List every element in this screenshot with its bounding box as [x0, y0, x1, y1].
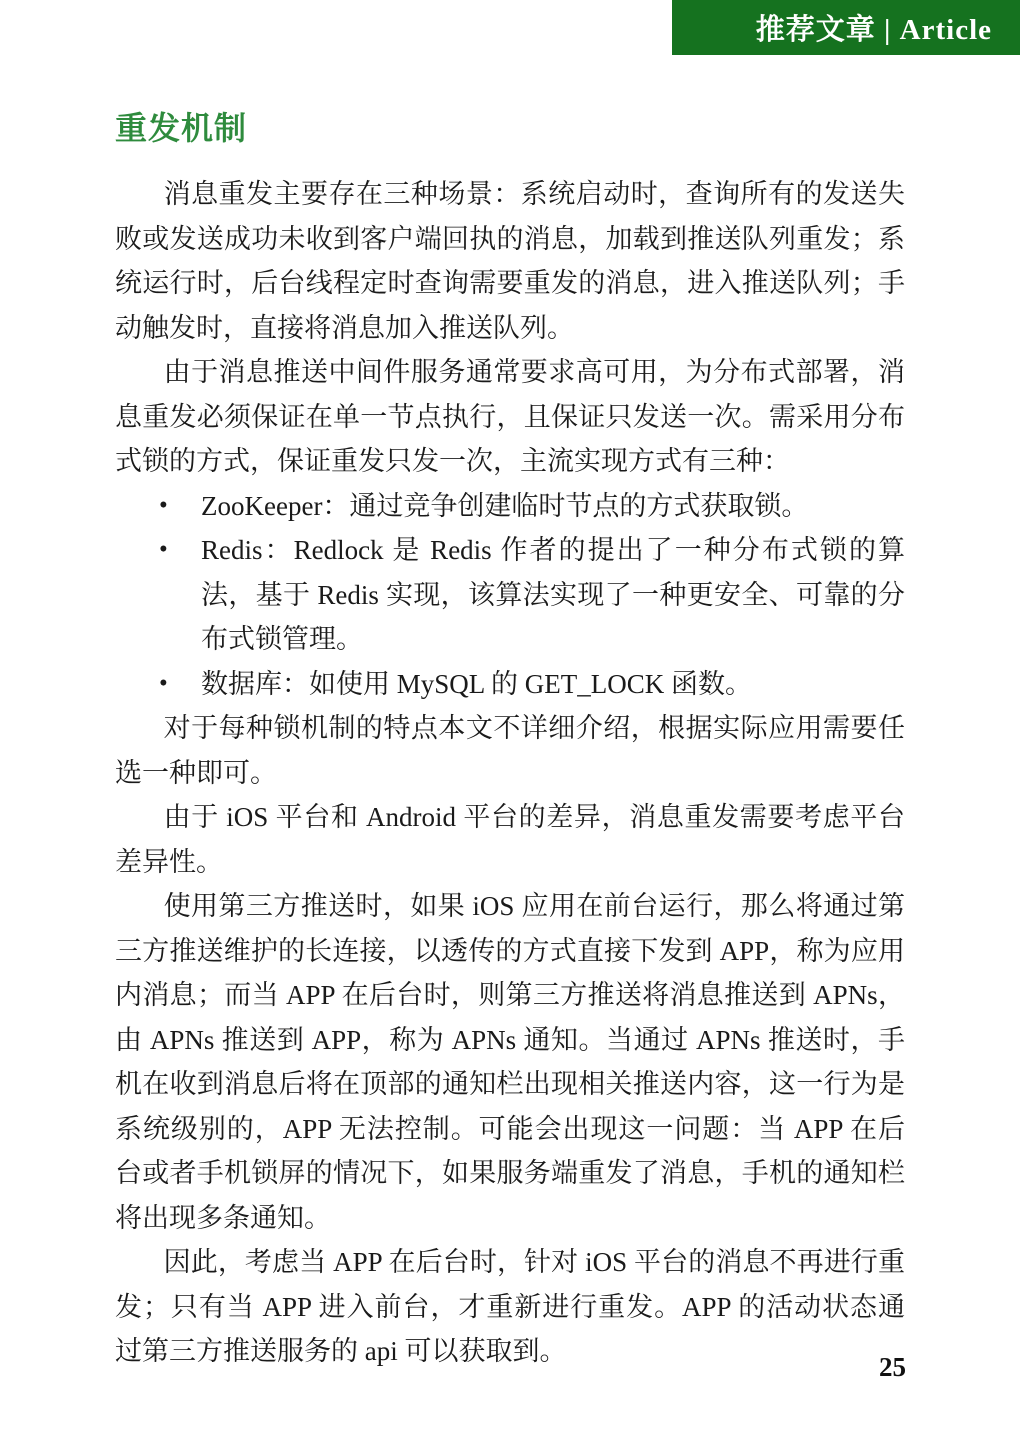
- header-badge-label: 推荐文章 | Article: [756, 7, 992, 48]
- paragraph: 因此，考虑当 APP 在后台时，针对 iOS 平台的消息不再进行重发；只有当 A…: [115, 1240, 905, 1374]
- list-item: Redis：Redlock 是 Redis 作者的提出了一种分布式锁的算法，基于…: [115, 528, 905, 662]
- article-heading: 重发机制: [115, 103, 247, 149]
- bullet-list: ZooKeeper：通过竞争创建临时节点的方式获取锁。Redis：Redlock…: [115, 484, 905, 707]
- paragraph: 由于 iOS 平台和 Android 平台的差异，消息重发需要考虑平台差异性。: [115, 795, 905, 884]
- paragraph: 使用第三方推送时，如果 iOS 应用在前台运行，那么将通过第三方推送维护的长连接…: [115, 884, 905, 1240]
- article-header-band: 推荐文章 | Article: [672, 0, 1020, 55]
- list-item: 数据库：如使用 MySQL 的 GET_LOCK 函数。: [115, 662, 905, 707]
- paragraph: 由于消息推送中间件服务通常要求高可用，为分布式部署，消息重发必须保证在单一节点执…: [115, 350, 905, 484]
- paragraph: 消息重发主要存在三种场景：系统启动时，查询所有的发送失败或发送成功未收到客户端回…: [115, 172, 905, 350]
- list-item: ZooKeeper：通过竞争创建临时节点的方式获取锁。: [115, 484, 905, 529]
- article-body: 消息重发主要存在三种场景：系统启动时，查询所有的发送失败或发送成功未收到客户端回…: [115, 172, 905, 1374]
- page-number: 25: [879, 1352, 906, 1383]
- article-page: 推荐文章 | Article 重发机制 消息重发主要存在三种场景：系统启动时，查…: [0, 0, 1020, 1440]
- paragraph: 对于每种锁机制的特点本文不详细介绍，根据实际应用需要任选一种即可。: [115, 706, 905, 795]
